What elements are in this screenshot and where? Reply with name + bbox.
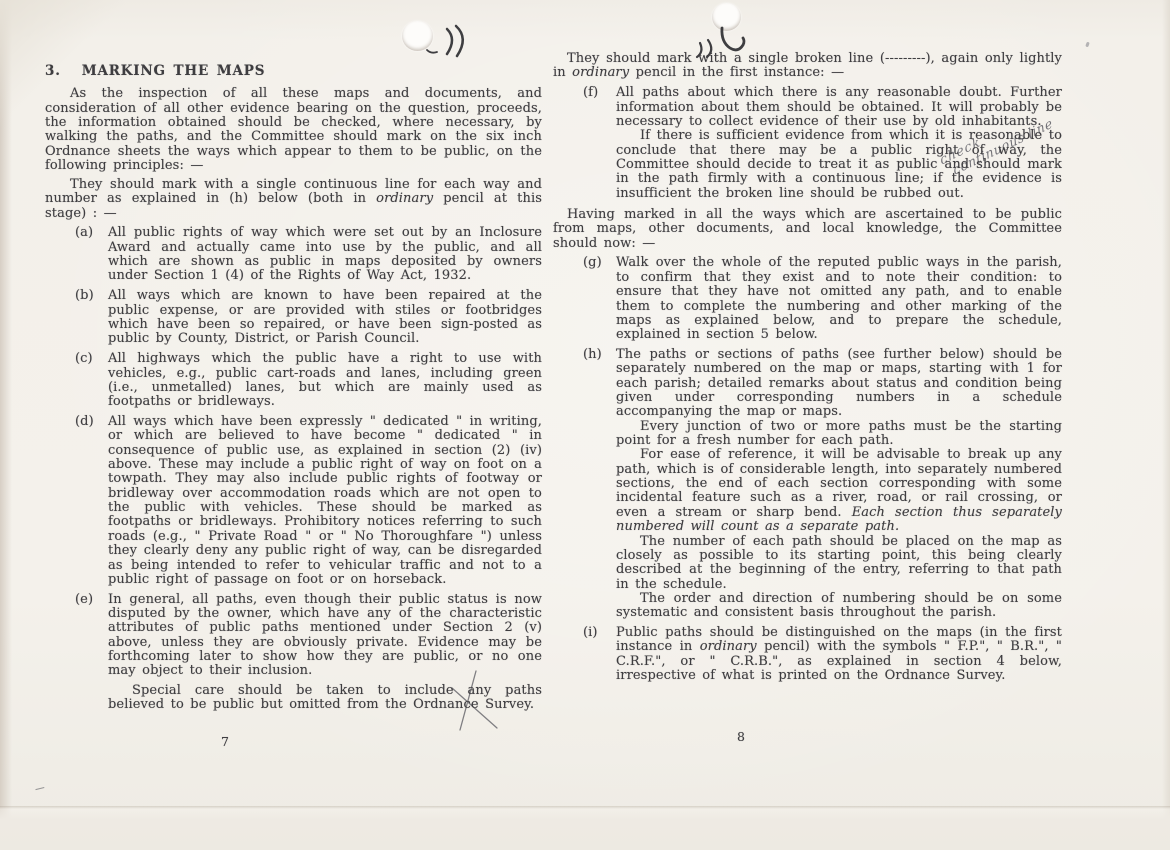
pencil-stray-mark — [35, 787, 45, 795]
item-text: The paths or sections of paths (see furt… — [616, 348, 1062, 420]
page-number-left: 7 — [221, 734, 229, 749]
item-label: (i) — [583, 626, 616, 683]
paragraph-segment: pencil in the first instance: — — [629, 65, 844, 80]
punch-hole-left — [402, 21, 433, 51]
punch-hole-right — [712, 3, 741, 31]
section-heading: 3.MARKING THE MAPS — [45, 64, 542, 78]
paper-edge-shadow-right — [1162, 0, 1170, 850]
continuous-line-paragraph: They should mark with a single continuou… — [45, 178, 542, 221]
scanned-document-spread: check continuous line 3.MARKING THE MAPS… — [0, 0, 1170, 850]
list-item-g: (g) Walk over the whole of the reputed p… — [583, 256, 1062, 342]
item-body: Walk over the whole of the reputed publi… — [616, 256, 1062, 342]
list-item-h: (h) The paths or sections of paths (see … — [583, 348, 1062, 621]
list-item-b: (b) All ways which are known to have bee… — [75, 289, 542, 346]
item-body: All ways which have been expressly " ded… — [108, 415, 542, 587]
special-care-note: Special care should be taken to include … — [108, 684, 542, 713]
item-label: (a) — [75, 226, 108, 283]
item-text: Walk over the whole of the reputed publi… — [616, 256, 1062, 342]
item-body: In general, all paths, even though their… — [108, 593, 542, 713]
page-number-right: 8 — [737, 729, 745, 744]
item-text: Every junction of two or more paths must… — [616, 420, 1062, 449]
item-text: The order and direction of numbering sho… — [616, 592, 1062, 621]
item-text: In general, all paths, even though their… — [108, 593, 542, 679]
item-body: All paths about which there is any reaso… — [616, 86, 1062, 201]
list-item-a: (a) All public rights of way which were … — [75, 226, 542, 283]
item-label: (d) — [75, 415, 108, 587]
list-item-i: (i) Public paths should be distinguished… — [583, 626, 1062, 683]
having-marked-paragraph: Having marked in all the ways which are … — [553, 208, 1062, 251]
item-body: All public rights of way which were set … — [108, 226, 542, 283]
item-text: All ways which have been expressly " ded… — [108, 415, 542, 587]
section-title: MARKING THE MAPS — [82, 63, 266, 79]
pencil-dot-mark — [1085, 42, 1090, 48]
intro-paragraph: As the inspection of all these maps and … — [45, 87, 542, 173]
item-text: If there is sufficient evidence from whi… — [616, 129, 1062, 201]
item-text: The number of each path should be placed… — [616, 535, 1062, 592]
paper-bottom-fold — [0, 806, 1170, 850]
item-text: All public rights of way which were set … — [108, 226, 542, 283]
item-label: (g) — [583, 256, 616, 342]
item-body: All ways which are known to have been re… — [108, 289, 542, 346]
item-text: All paths about which there is any reaso… — [616, 86, 1062, 129]
item-body: The paths or sections of paths (see furt… — [616, 348, 1062, 621]
item-label: (f) — [583, 86, 616, 201]
list-item-e: (e) In general, all paths, even though t… — [75, 593, 542, 713]
list-item-f: (f) All paths about which there is any r… — [583, 86, 1062, 201]
item-label: (e) — [75, 593, 108, 713]
item-label: (b) — [75, 289, 108, 346]
item-label: (c) — [75, 352, 108, 409]
list-item-c: (c) All highways which the public have a… — [75, 352, 542, 409]
left-page: 3.MARKING THE MAPS As the inspection of … — [45, 64, 542, 718]
italic-word: ordinary — [700, 639, 757, 654]
item-text: All ways which are known to have been re… — [108, 289, 542, 346]
list-item-d: (d) All ways which have been expressly "… — [75, 415, 542, 587]
right-page: They should mark with a single broken li… — [553, 52, 1062, 689]
item-body: All highways which the public have a rig… — [108, 352, 542, 409]
item-text: Public paths should be distinguished on … — [616, 626, 1062, 683]
item-body: Public paths should be distinguished on … — [616, 626, 1062, 683]
item-text: For ease of reference, it will be advisa… — [616, 448, 1062, 534]
broken-line-paragraph: They should mark with a single broken li… — [553, 52, 1062, 81]
item-text: All highways which the public have a rig… — [108, 352, 542, 409]
item-label: (h) — [583, 348, 616, 621]
section-number: 3. — [45, 63, 61, 79]
italic-word: ordinary — [376, 191, 433, 206]
italic-word: ordinary — [572, 65, 629, 80]
